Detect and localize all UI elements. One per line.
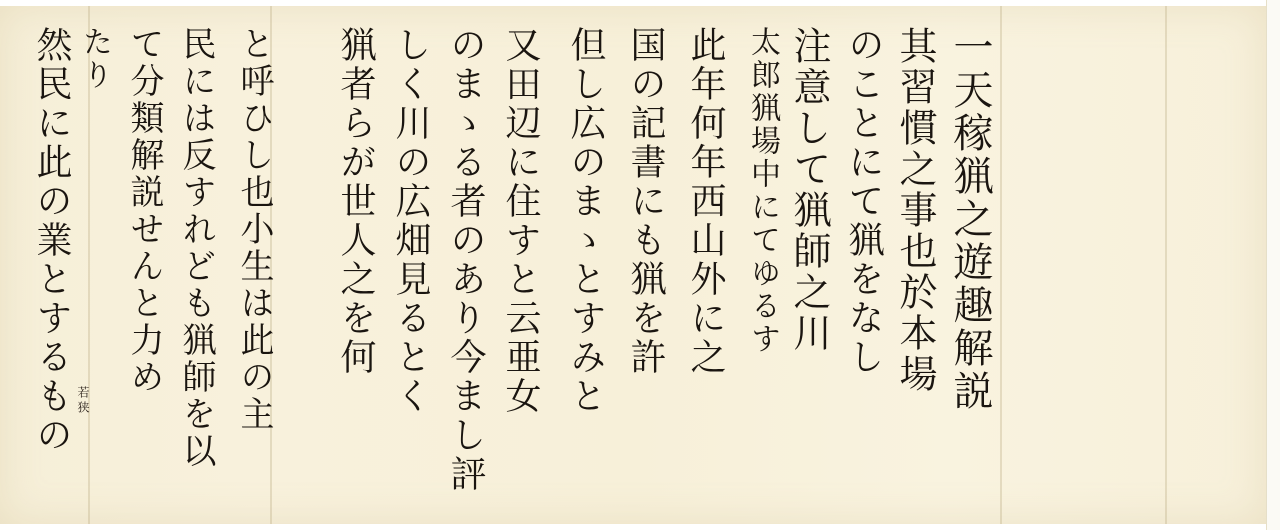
signature-note: 若狭 xyxy=(75,386,92,416)
text-column: と呼ひし也小生は此の主 xyxy=(230,26,279,433)
text-column: 其習慣之事也於本場 xyxy=(888,26,943,395)
text-column: 猟者らが世人之を何 xyxy=(330,26,381,377)
text-column: たり xyxy=(72,26,116,92)
text-column: 民には反すれども猟師を以 xyxy=(172,26,221,470)
text-column: のまゝる者のあり今まし評 xyxy=(440,26,491,494)
text-column: 太郎猟場中にてゆるす xyxy=(740,26,784,356)
text-column: しく川の広畑見るとく xyxy=(385,26,436,416)
document-paper: 一天稼猟之遊趣解説其習慣之事也於本場のことにて猟をなし注意して猟師之川太郎猟場中… xyxy=(0,6,1266,524)
text-column: て分類解説せんと力め xyxy=(120,26,169,396)
text-column: 又田辺に住すと云亜女 xyxy=(495,26,546,416)
text-column: 然民に此の業とするもの xyxy=(26,26,77,455)
text-column: のことにて猟をなし xyxy=(838,26,889,377)
fold-crease xyxy=(1165,6,1167,524)
text-column: 一天稼猟之遊趣解説 xyxy=(942,26,999,413)
fold-crease xyxy=(1000,6,1002,524)
paper-edge xyxy=(1266,0,1280,530)
text-column: 但し広のまゝとすみと xyxy=(560,26,611,416)
text-column: 国の記書にも猟を許 xyxy=(620,26,671,377)
text-column: 注意して猟師之川 xyxy=(782,26,837,354)
text-column: 此年何年西山外に之 xyxy=(680,26,731,377)
